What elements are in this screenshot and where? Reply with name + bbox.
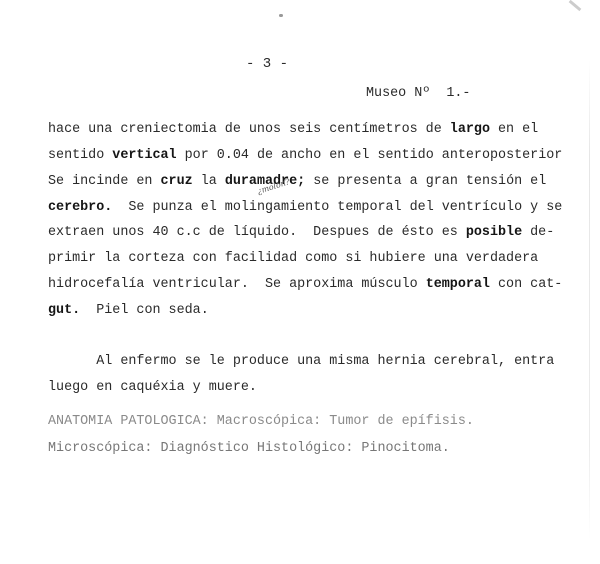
paragraph-procedure-line: extraen unos 40 c.c de líquido. Despues … [48, 225, 554, 241]
emphasized-text: vertical [112, 148, 176, 163]
text-segment: la [193, 174, 225, 189]
text-segment: hace una creniectomia de unos seis centí… [48, 122, 450, 137]
paragraph-procedure-line: primir la corteza con facilidad como si … [48, 251, 538, 267]
text-segment: sentido [48, 148, 112, 163]
paragraph-procedure-line: Se incinde en cruz la duramadre; se pres… [48, 174, 546, 190]
text-segment: Se incinde en [48, 174, 161, 189]
text-segment: primir la corteza con facilidad como si … [48, 251, 538, 266]
emphasized-text: temporal [426, 277, 490, 292]
text-segment: en el [490, 122, 538, 137]
pathology-macroscopic: ANATOMIA PATOLOGICA: Macroscópica: Tumor… [48, 414, 474, 430]
text-segment: hidrocefalía ventricular. Se aproxima mú… [48, 277, 426, 292]
text-segment: Se punza el molingamiento temporal del v… [112, 200, 562, 215]
emphasized-text: largo [450, 122, 490, 137]
page-corner-mark [569, 0, 582, 11]
text-segment: Piel con seda. [80, 303, 209, 318]
text-segment: con cat- [490, 277, 562, 292]
paragraph-outcome-line-1: Al enfermo se le produce una misma herni… [48, 354, 554, 370]
ink-smudge [279, 14, 283, 17]
text-segment: por 0.04 de ancho en el sentido [177, 148, 442, 163]
paragraph-procedure-line: cerebro. Se punza el molingamiento tempo… [48, 200, 562, 216]
paragraph-procedure-line: sentido vertical por 0.04 de ancho en el… [48, 148, 562, 164]
text-segment: de- [522, 225, 554, 240]
paragraph-outcome-line-2: luego en caquéxia y muere. [48, 380, 257, 396]
typewritten-page: - 3 - Museo Nº 1.- hace una creniectomia… [0, 0, 600, 564]
paragraph-procedure-line: hidrocefalía ventricular. Se aproxima mú… [48, 277, 562, 293]
emphasized-text: posible [466, 225, 522, 240]
paragraph-procedure-line: gut. Piel con seda. [48, 303, 209, 319]
page-number: - 3 - [246, 56, 288, 72]
pathology-microscopic: Microscópica: Diagnóstico Histológico: P… [48, 441, 450, 457]
text-segment: se presenta a gran tensión el [305, 174, 546, 189]
text-segment: anteroposterior [442, 148, 563, 163]
page-fold-edge [589, 60, 590, 540]
text-segment: extraen unos 40 c.c de líquido. Despues … [48, 225, 466, 240]
emphasized-text: gut. [48, 303, 80, 318]
paragraph-procedure-line: hace una creniectomia de unos seis centí… [48, 122, 538, 138]
emphasized-text: cruz [161, 174, 193, 189]
emphasized-text: cerebro. [48, 200, 112, 215]
museum-reference: Museo Nº 1.- [366, 86, 470, 102]
